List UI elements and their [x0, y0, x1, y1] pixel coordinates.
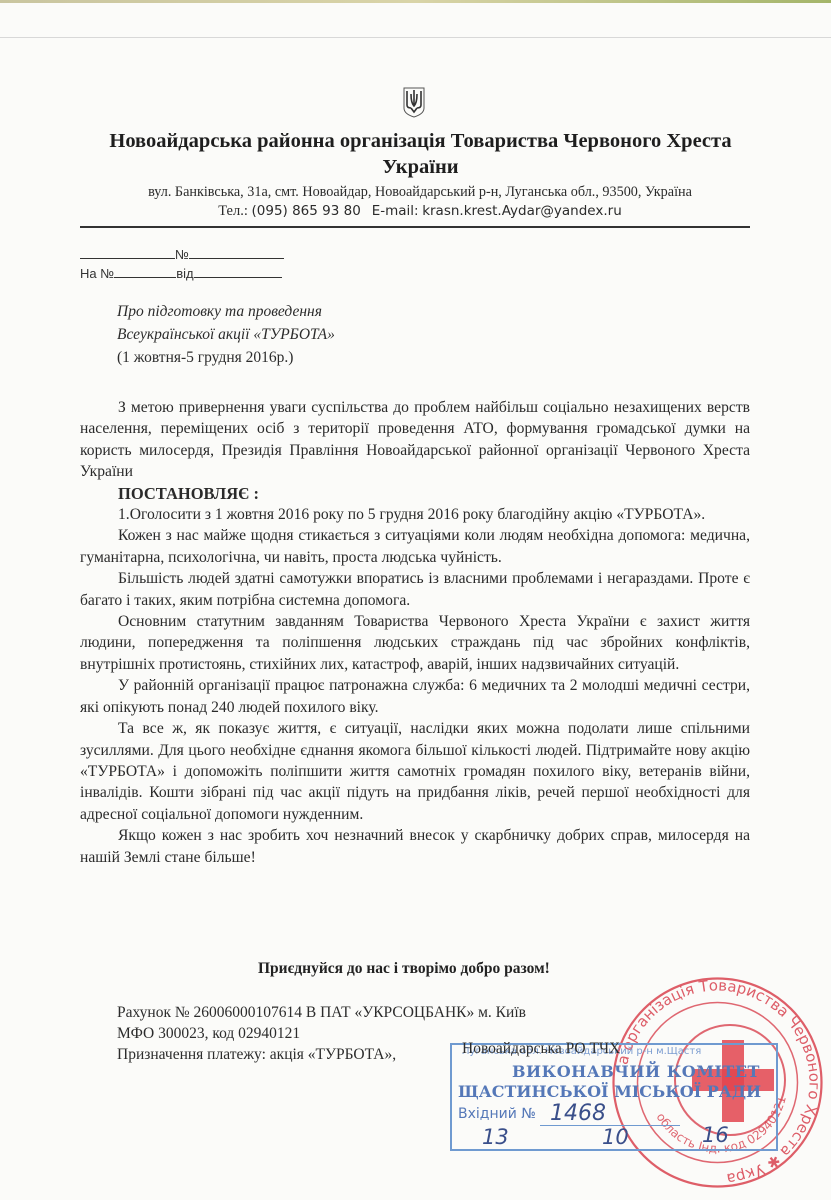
subject-line1: Про підготовку та проведення [117, 300, 335, 323]
email-address: krasn.krest.Aydar@yandex.ru [422, 203, 622, 219]
body-paragraph: Основним статутним завданням Товариства … [80, 611, 750, 675]
organization-name: Новоайдарська районна організація Товари… [88, 128, 753, 180]
date-label: від [176, 266, 193, 281]
email-label: E-mail: [372, 203, 419, 219]
handwritten-day: 13 [482, 1125, 509, 1149]
number-symbol: № [175, 247, 189, 262]
bank-account: Рахунок № 26006000107614 В ПАТ «УКРСОЦБА… [117, 1002, 526, 1023]
intro-paragraph: З метою привернення уваги суспільства до… [80, 397, 750, 483]
stamp-incoming-number-row: Вхідний № [458, 1106, 536, 1122]
body-paragraph: У районній організації працює патронажна… [80, 675, 750, 718]
subject-dates: (1 жовтня-5 грудня 2016р.) [117, 346, 335, 369]
handwritten-year: 16 [702, 1123, 729, 1147]
decree-heading: ПОСТАНОВЛЯЄ : [80, 483, 750, 504]
outgoing-number-line: № [80, 246, 284, 262]
handwritten-month: 10 [602, 1125, 629, 1149]
document-subject: Про підготовку та проведення Всеукраїнсь… [117, 300, 335, 369]
reply-date-blank [194, 265, 282, 278]
reply-number-line: На №від [80, 265, 282, 281]
incoming-number-label: Вхідний № [458, 1106, 536, 1122]
ukraine-trident-emblem-icon [402, 86, 426, 118]
phone-number: (095) 865 93 80 [252, 203, 361, 219]
scan-artifact-line [0, 37, 831, 38]
body-paragraph: Більшість людей здатні самотужки впорати… [80, 568, 750, 611]
phone-label: Тел.: [218, 203, 248, 219]
scan-edge [0, 0, 831, 3]
outgoing-date-blank [80, 246, 175, 259]
subject-line2: Всеукраїнської акції «ТУРБОТА» [117, 323, 335, 346]
org-address: вул. Банківська, 31а, смт. Новоайдар, Но… [80, 184, 760, 201]
stamp-executive-committee: ВИКОНАВЧИЙ КОМІТЕТ [512, 1062, 760, 1081]
reply-label: На № [80, 266, 114, 281]
body-paragraph: Якщо кожен з нас зробить хоч незначний в… [80, 825, 750, 868]
payee-name: Новоайдарська РО ТЧХ [462, 1040, 620, 1058]
org-contacts: Тел.: (095) 865 93 80 E-mail: krasn.kres… [80, 203, 760, 220]
reply-number-blank [114, 265, 176, 278]
incoming-registration-stamp: Луганська обл. Новоайдарський р-н м.Щаст… [450, 1043, 778, 1151]
handwritten-incoming-number: 1468 [550, 1101, 606, 1126]
org-name-line1: Новоайдарська районна організація Товари… [88, 128, 753, 154]
body-paragraph: Та все ж, як показує життя, є ситуації, … [80, 718, 750, 825]
document-body: З метою привернення уваги суспільства до… [80, 397, 750, 868]
motto: Приєднуйся до нас і творімо добро разом! [258, 960, 550, 978]
stamp-city-council: ЩАСТИНСЬКОЇ МІСЬКОЇ РАДИ [458, 1082, 761, 1101]
header-divider [80, 226, 750, 228]
outgoing-number-blank [189, 246, 284, 259]
org-name-line2: України [88, 154, 753, 180]
body-paragraph: 1.Оголосити з 1 жовтня 2016 року по 5 гр… [80, 504, 750, 525]
body-paragraph: Кожен з нас майже щодня стикається з сит… [80, 525, 750, 568]
